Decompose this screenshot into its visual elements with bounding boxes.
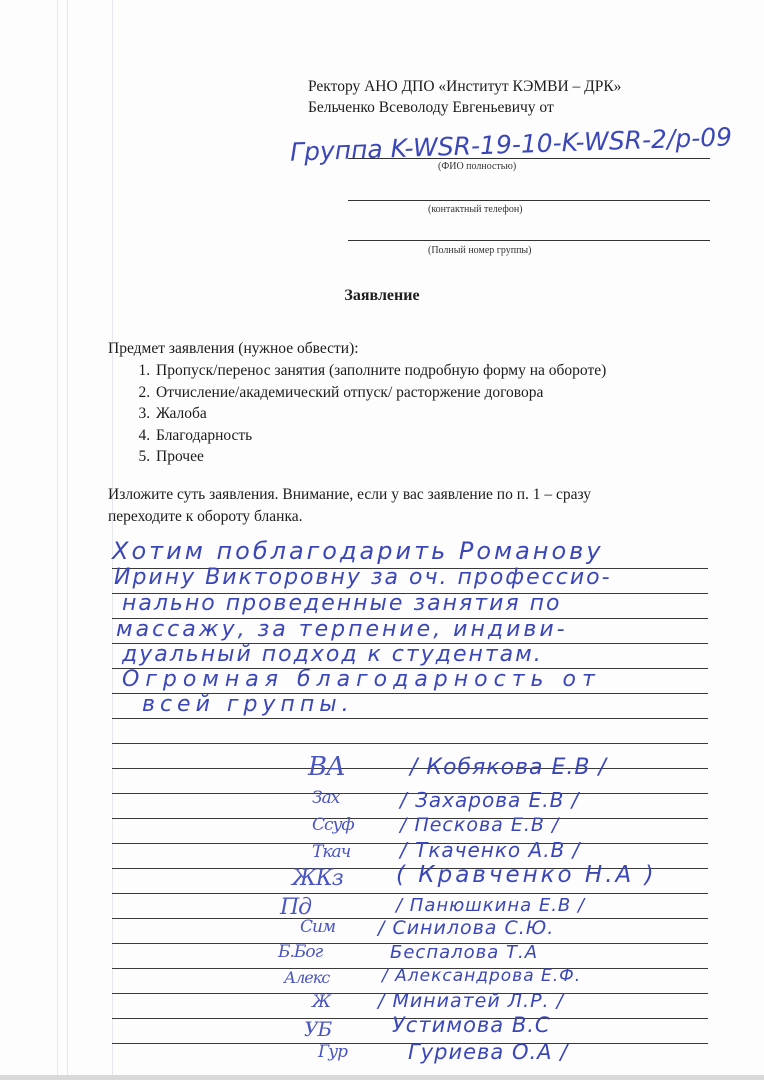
signature-mark: Ж — [312, 992, 330, 1012]
handwritten-body-line: дуальный подход к студентам. — [122, 642, 543, 667]
signatory-name: Устимова В.С — [392, 1013, 551, 1037]
addressee-line-2: Бельченко Всеволоду Евгеньевичу от — [308, 97, 554, 118]
signature-mark: Алекс — [284, 968, 329, 987]
signature-mark: Сим — [300, 917, 335, 937]
signature-mark: ВА — [308, 752, 345, 782]
signature-mark: Ссуф — [312, 815, 354, 835]
instructions-line-2: переходите к обороту бланка. — [108, 506, 303, 527]
addressee-line-1: Ректору АНО ДПО «Институт КЭМВИ – ДРК» — [308, 76, 621, 97]
scan-bottom-edge — [0, 1075, 764, 1080]
group-field-line[interactable] — [348, 240, 710, 241]
ruled-line — [112, 743, 708, 744]
signatory-name: / Синилова С.Ю. — [378, 917, 554, 939]
instructions-line-1: Изложите суть заявления. Внимание, если … — [108, 484, 591, 505]
ruled-line — [112, 893, 708, 894]
subject-option[interactable]: Прочее — [154, 446, 606, 468]
handwritten-body-line: Огромная благодарность от — [122, 667, 601, 692]
signatory-name: / Пескова Е.В / — [400, 814, 559, 836]
subject-option[interactable]: Жалоба — [154, 403, 606, 425]
scan-margin-line — [67, 0, 68, 1080]
signatory-name: Гуриева О.А / — [408, 1040, 568, 1064]
handwritten-body-line: Хотим поблагодарить Романову — [112, 537, 604, 565]
scan-margin-line — [57, 0, 58, 1080]
signature-mark: УБ — [304, 1017, 331, 1041]
group-caption: (Полный номер группы) — [428, 245, 531, 256]
fio-field-line — [348, 158, 710, 159]
signatory-name: / Захарова Е.В / — [400, 788, 579, 812]
signatory-name: / Миниатей Л.Р. / — [378, 990, 564, 1012]
handwritten-body-line: нально проведенные занятия по — [122, 591, 561, 616]
handwritten-body-line: массажу, за терпение, индиви- — [116, 617, 568, 642]
phone-caption: (контактный телефон) — [428, 204, 523, 215]
handwritten-body-line: всей группы. — [142, 692, 354, 717]
subject-options-list: Пропуск/перенос занятия (заполните подро… — [108, 360, 606, 468]
subject-option[interactable]: Отчисление/академический отпуск/ расторж… — [154, 382, 606, 404]
fio-caption: (ФИО полностью) — [438, 161, 516, 172]
signatory-name: Беспалова Т.А — [390, 942, 538, 963]
subject-prompt: Предмет заявления (нужное обвести): — [108, 338, 359, 359]
signatory-name: / Панюшкина Е.В / — [396, 895, 585, 916]
signature-mark: Зах — [312, 788, 339, 808]
signature-mark: Гур — [318, 1042, 347, 1062]
signatory-name: / Александрова Е.Ф. — [382, 966, 581, 986]
signatory-name: / Кобякова Е.В / — [410, 755, 607, 780]
ruled-line — [112, 718, 708, 719]
phone-field-line[interactable] — [348, 200, 710, 201]
signature-mark: Ткач — [312, 842, 350, 862]
signatory-name: ( Кравченко Н.А ) — [396, 862, 657, 888]
signatory-name: / Ткаченко А.В / — [400, 838, 580, 862]
subject-option[interactable]: Пропуск/перенос занятия (заполните подро… — [154, 360, 606, 382]
subject-option[interactable]: Благодарность — [154, 425, 606, 447]
signature-mark: ЖКз — [292, 866, 343, 891]
document-title: Заявление — [0, 287, 764, 305]
handwritten-body-line: Ирину Викторовну за оч. профессио- — [114, 565, 612, 590]
signature-mark: Б.Бог — [278, 942, 322, 962]
